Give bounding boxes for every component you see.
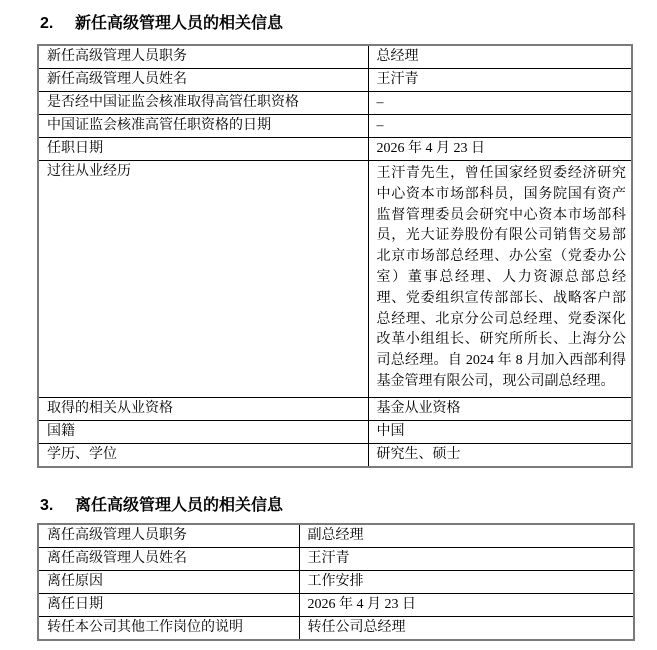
row-label: 离任高级管理人员职务	[38, 524, 299, 548]
section3-number: 3.	[40, 495, 75, 516]
table-row: 国籍 中国	[38, 420, 632, 443]
row-label: 过往从业经历	[38, 161, 368, 398]
row-label: 离任原因	[38, 571, 299, 594]
table-row: 取得的相关从业资格 基金从业资格	[38, 397, 632, 420]
row-label: 转任本公司其他工作岗位的说明	[38, 617, 299, 641]
row-value: 王汗青	[368, 69, 632, 92]
row-label: 国籍	[38, 420, 368, 443]
section2-title: 新任高级管理人员的相关信息	[75, 13, 283, 34]
row-value: 总经理	[368, 45, 632, 69]
table-row: 转任本公司其他工作岗位的说明 转任公司总经理	[38, 617, 634, 641]
table-row: 中国证监会核准高管任职资格的日期 –	[38, 115, 632, 138]
row-label: 学历、学位	[38, 443, 368, 467]
row-value: 2026 年 4 月 23 日	[368, 138, 632, 161]
row-label: 取得的相关从业资格	[38, 397, 368, 420]
table-row: 新任高级管理人员职务 总经理	[38, 45, 632, 69]
section2-number: 2.	[40, 13, 75, 34]
table-row: 离任日期 2026 年 4 月 23 日	[38, 594, 634, 617]
row-value: –	[368, 115, 632, 138]
row-value: –	[368, 92, 632, 115]
new-manager-info-table: 新任高级管理人员职务 总经理 新任高级管理人员姓名 王汗青 是否经中国证监会核准…	[37, 44, 633, 468]
row-label: 新任高级管理人员姓名	[38, 69, 368, 92]
row-value: 基金从业资格	[368, 397, 632, 420]
row-value: 中国	[368, 420, 632, 443]
row-label: 离任日期	[38, 594, 299, 617]
departing-manager-info-table: 离任高级管理人员职务 副总经理 离任高级管理人员姓名 王汗青 离任原因 工作安排…	[37, 523, 635, 641]
table-row: 是否经中国证监会核准取得高管任职资格 –	[38, 92, 632, 115]
table-row: 离任高级管理人员姓名 王汗青	[38, 548, 634, 571]
row-value: 王汗青	[299, 548, 634, 571]
table-row: 新任高级管理人员姓名 王汗青	[38, 69, 632, 92]
table-row-career-history: 过往从业经历 王汗青先生，曾任国家经贸委经济研究中心资本市场部科员，国务院国有资…	[38, 161, 632, 398]
table-row: 离任原因 工作安排	[38, 571, 634, 594]
row-value: 工作安排	[299, 571, 634, 594]
table-row: 学历、学位 研究生、硕士	[38, 443, 632, 467]
section2-heading: 2. 新任高级管理人员的相关信息	[40, 13, 283, 34]
document-page: { "colors": { "background": "#ffffff", "…	[0, 0, 657, 650]
row-value: 2026 年 4 月 23 日	[299, 594, 634, 617]
section3-title: 离任高级管理人员的相关信息	[75, 495, 283, 516]
table-row: 离任高级管理人员职务 副总经理	[38, 524, 634, 548]
section3-heading: 3. 离任高级管理人员的相关信息	[40, 495, 283, 516]
row-value: 研究生、硕士	[368, 443, 632, 467]
row-value: 转任公司总经理	[299, 617, 634, 641]
row-label: 新任高级管理人员职务	[38, 45, 368, 69]
row-label: 离任高级管理人员姓名	[38, 548, 299, 571]
row-label: 是否经中国证监会核准取得高管任职资格	[38, 92, 368, 115]
row-value: 副总经理	[299, 524, 634, 548]
row-label: 中国证监会核准高管任职资格的日期	[38, 115, 368, 138]
row-value-career-history: 王汗青先生，曾任国家经贸委经济研究中心资本市场部科员，国务院国有资产监督管理委员…	[368, 161, 632, 398]
table-row: 任职日期 2026 年 4 月 23 日	[38, 138, 632, 161]
row-label: 任职日期	[38, 138, 368, 161]
